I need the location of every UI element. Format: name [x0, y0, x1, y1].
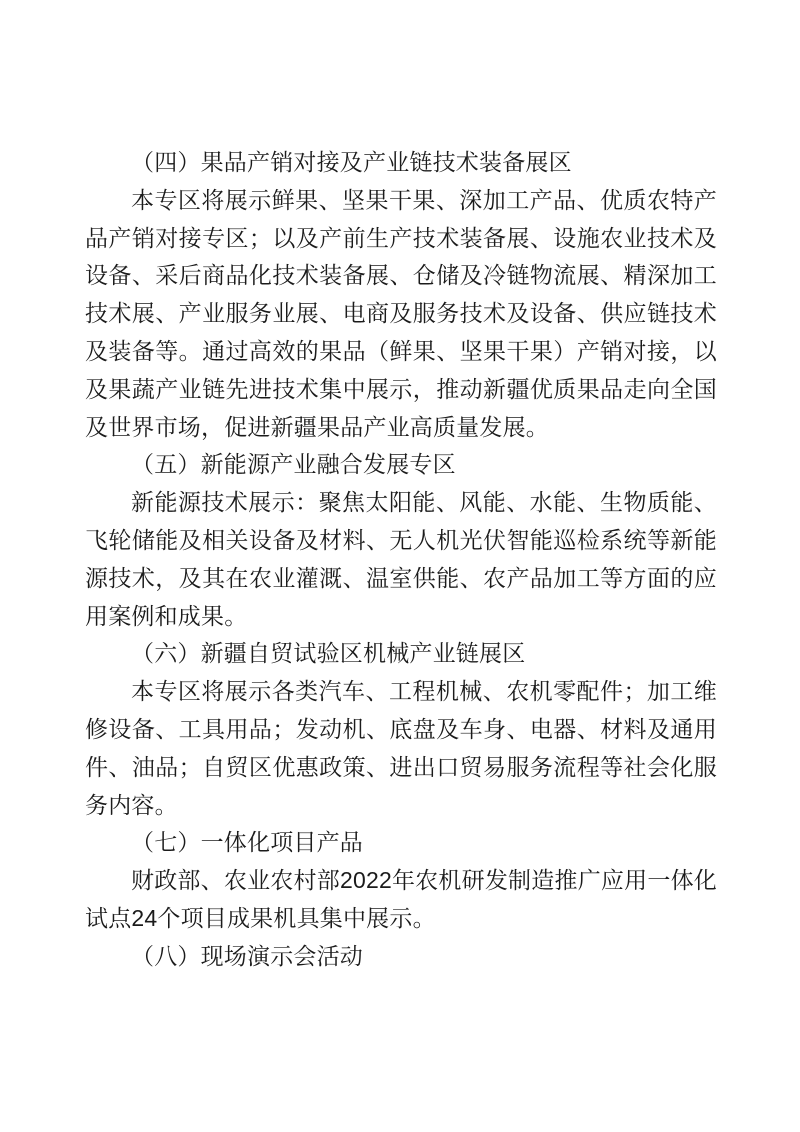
- section-4-heading: （四）果品产销对接及产业链技术装备展区: [85, 144, 717, 182]
- document-page: （四）果品产销对接及产业链技术装备展区 本专区将展示鲜果、坚果干果、深加工产品、…: [0, 0, 800, 1132]
- section-5-paragraph: 新能源技术展示：聚焦太阳能、风能、水能、生物质能、飞轮储能及相关设备及材料、无人…: [85, 484, 717, 635]
- section-5-heading: （五）新能源产业融合发展专区: [85, 446, 717, 484]
- section-7-heading: （七）一体化项目产品: [85, 824, 717, 862]
- section-6-heading: （六）新疆自贸试验区机械产业链展区: [85, 635, 717, 673]
- section-8-heading: （八）现场演示会活动: [85, 938, 717, 976]
- section-6-paragraph: 本专区将展示各类汽车、工程机械、农机零配件；加工维修设备、工具用品；发动机、底盘…: [85, 673, 717, 824]
- document-text-block: （四）果品产销对接及产业链技术装备展区 本专区将展示鲜果、坚果干果、深加工产品、…: [85, 144, 717, 976]
- section-4-paragraph: 本专区将展示鲜果、坚果干果、深加工产品、优质农特产品产销对接专区；以及产前生产技…: [85, 182, 717, 447]
- section-7-paragraph: 财政部、农业农村部2022年农机研发制造推广应用一体化试点24个项目成果机具集中…: [85, 862, 717, 938]
